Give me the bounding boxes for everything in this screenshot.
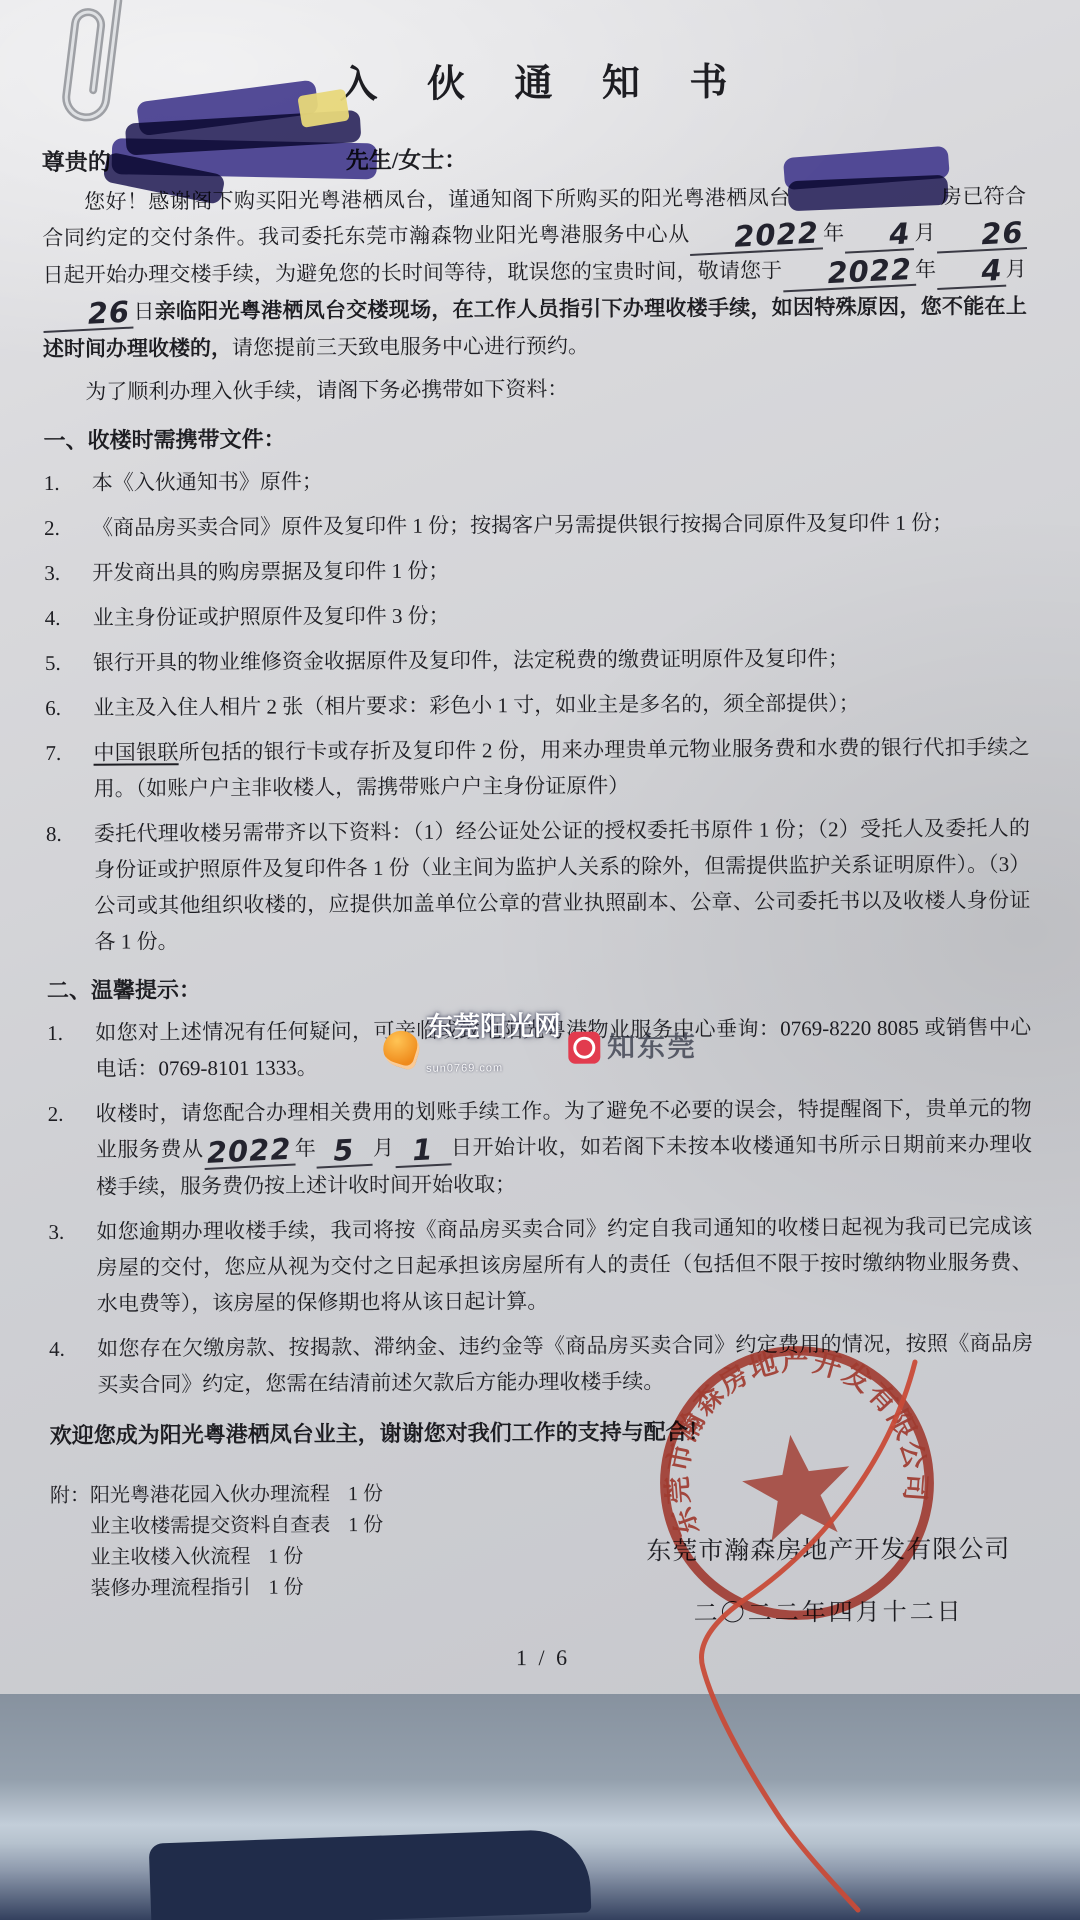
section2-heading: 二、温馨提示： [47,968,1031,1005]
intro-text: 日起开始办理交楼手续，为避免您的长时间等待，耽误您的宝贵时间，敬请您于 [42,258,782,287]
watermark-host: 亲临或致电阳光粤东莞阳光网sun0769.com知东莞 [395,1018,566,1043]
redacted-unit-number [790,192,940,205]
item-text: 本《入伙通知书》原件； [92,459,1028,501]
ring-glyph [573,1037,595,1059]
list-item: 2.《商品房买卖合同》原件及复印件 1 份；按揭客户另需提供银行按揭合同原件及复… [44,504,1028,546]
item-text: 开发商出具的购房票据及复印件 1 份； [92,549,1028,591]
company-name: 东莞市瀚森房地产开发有限公司 [646,1529,1010,1567]
item-text: 所包括的银行卡或存折及复印件 2 份，用来办理贵单元物业服务费和水费的银行代扣手… [94,735,1030,801]
zhidongguan-badge-icon [568,1032,600,1064]
dark-object [149,1828,592,1920]
list-item: 5.银行开具的物业维修资金收据原件及复印件，法定税费的缴费证明原件及复印件； [45,639,1029,681]
attachment-label: 附： [50,1481,91,1605]
item-text: 如您对上述情况有任何疑问，可 [95,1019,395,1045]
item-number: 4. [49,1331,97,1403]
item-number: 2. [44,510,92,546]
attachment-item: 业主收楼入伙流程1 份 [90,1541,383,1574]
redaction-scribble [788,175,949,212]
month-label: 月 [372,1136,394,1160]
watermark-badge-text: 知东莞 [607,1029,697,1066]
attachment-qty: 1 份 [348,1514,383,1536]
item-number: 8. [46,816,95,960]
list-item: 3.如您逾期办理收楼手续，我司将按《商品房买卖合同》约定自我司通知的收楼日起视为… [48,1208,1033,1322]
item-text: 如您存在欠缴房款、按揭款、滞纳金、违约金等《商品房买卖合同》约定费用的情况，按照… [97,1325,1033,1403]
list-item: 3.开发商出具的购房票据及复印件 1 份； [44,549,1028,591]
section1-heading: 一、收楼时需携带文件： [43,418,1027,455]
watermark-site: 东莞阳光网sun0769.com [426,1010,561,1087]
handwritten-year: 2022 [689,220,823,256]
intro-text: 请您提前三天致电服务中心进行预约。 [232,334,589,360]
underlined-term: 中国银联 [93,740,178,765]
list-item: 8.委托代理收楼另需带齐以下资料：（1）经公证处公证的授权委托书原件 1 份；（… [46,810,1031,960]
list-item: 6.业主及入住人相片 2 张（相片要求：彩色小 1 寸，如业主是多名的，须全部提… [45,684,1029,726]
document-paper: 入 伙 通 知 书 尊贵的先生/女士： 您好！感谢阁下购买阳光粤港栖凤台，谨通知… [0,0,1080,1694]
item-text: 银行开具的物业维修资金收据原件及复印件，法定税费的缴费证明原件及复印件； [93,639,1029,681]
item-number: 5. [45,645,93,681]
item-number: 1. [47,1015,95,1087]
handwritten-day: 26 [935,220,1027,253]
year-label: 年 [915,258,936,282]
list-item: 1.本《入伙通知书》原件； [44,459,1028,501]
item-number: 4. [45,600,93,636]
item-number: 7. [45,735,93,807]
month-label: 月 [1005,257,1026,281]
handwritten-month: 4 [936,258,1007,290]
prep-line: 为了顺利办理入伙手续，请阁下务必携带如下资料： [43,368,1027,410]
item-text: 业主及入住人相片 2 张（相片要求：彩色小 1 寸，如业主是多名的，须全部提供）… [93,684,1029,726]
attachment-name: 业主收楼需提交资料自查表 [90,1514,330,1537]
item-text: 业主身份证或护照原件及复印件 3 份； [93,594,1029,636]
attachment-name: 装修办理流程指引 [91,1577,251,1600]
handwritten-month: 4 [844,221,915,253]
list-item: 2. 收楼时，请您配合办理相关费用的划账手续工作。为了避免不必要的误会，特提醒阁… [48,1090,1033,1205]
sun0769-logo-icon [378,1026,423,1071]
watermark-site-name: 东莞阳光网 [426,1011,561,1042]
page-number: 1 / 6 [51,1642,1035,1674]
item-text: 中国银联所包括的银行卡或存折及复印件 2 份，用来办理贵单元物业服务费和水费的银… [93,729,1029,807]
item-number: 1. [44,465,92,501]
attachment-list: 阳光粤港花园入伙办理流程1 份 业主收楼需提交资料自查表1 份 业主收楼入伙流程… [90,1479,384,1605]
signature-date: 二〇二二年四月十二日 [647,1591,1011,1628]
attachment-qty: 1 份 [268,1545,303,1567]
handwritten-year: 2022 [782,257,916,293]
item-text: 如您对上述情况有任何疑问，可亲临或致电阳光粤东莞阳光网sun0769.com知东… [95,1009,1031,1087]
closing-line: 欢迎您成为阳光粤港栖凤台业主，谢谢您对我们工作的支持与配合！ [50,1411,1034,1455]
salutation-prefix: 尊贵的 [42,150,111,175]
handwritten-day: 26 [42,300,134,333]
attachment-qty: 1 份 [348,1483,383,1505]
attachment-name: 业主收楼入伙流程 [90,1546,250,1569]
intro-text: 日 [133,299,155,323]
item-number: 6. [45,690,93,726]
item-text: 如您逾期办理收楼手续，我司将按《商品房买卖合同》约定自我司通知的收楼日起视为我司… [96,1208,1033,1322]
attachment-item: 业主收楼需提交资料自查表1 份 [90,1510,383,1543]
photo-watermark: 东莞阳光网sun0769.com知东莞 [383,1009,697,1087]
footer-row: 附： 阳光粤港花园入伙办理流程1 份 业主收楼需提交资料自查表1 份 业主收楼入… [50,1475,1035,1632]
item-number: 3. [44,555,92,591]
year-label: 年 [822,221,844,245]
handwritten-day: 1 [394,1136,451,1168]
watermark-site-url: sun0769.com [426,1062,503,1074]
item-text: 委托代理收楼另需带齐以下资料：（1）经公证处公证的授权委托书原件 1 份；（2）… [94,810,1031,960]
item-number: 2. [48,1096,97,1205]
item-number: 3. [48,1214,97,1322]
year-label: 年 [294,1136,316,1160]
list-item: 1. 如您对上述情况有任何疑问，可亲临或致电阳光粤东莞阳光网sun0769.co… [47,1009,1031,1087]
list-item: 4.如您存在欠缴房款、按揭款、滞纳金、违约金等《商品房买卖合同》约定费用的情况，… [49,1325,1033,1403]
intro-paragraph: 您好！感谢阁下购买阳光粤港栖凤台，谨通知阁下所购买的阳光粤港栖凤台房已符合合同约… [42,178,1027,368]
signature-block: 东莞市瀚森房地产开发有限公司 二〇二二年四月十二日 [646,1529,1011,1628]
attachment-name: 阳光粤港花园入伙办理流程 [90,1483,330,1506]
list-item: 7.中国银联所包括的银行卡或存折及复印件 2 份，用来办理贵单元物业服务费和水费… [45,729,1029,807]
handwritten-year: 2022 [203,1137,295,1170]
item-text: 《商品房买卖合同》原件及复印件 1 份；按揭客户另需提供银行按揭合同原件及复印件… [92,504,1028,546]
handwritten-month: 5 [316,1137,373,1169]
attachment-item: 装修办理流程指引1 份 [91,1572,384,1605]
attachment-block: 附： 阳光粤港花园入伙办理流程1 份 业主收楼需提交资料自查表1 份 业主收楼入… [50,1479,384,1605]
month-label: 月 [914,221,936,245]
attachment-item: 阳光粤港花园入伙办理流程1 份 [90,1479,383,1512]
document-content: 入 伙 通 知 书 尊贵的先生/女士： 您好！感谢阁下购买阳光粤港栖凤台，谨通知… [41,0,1035,1674]
item-text: 收楼时，请您配合办理相关费用的划账手续工作。为了避免不必要的误会，特提醒阁下，贵… [96,1090,1033,1205]
attachment-qty: 1 份 [269,1576,304,1598]
list-item: 4.业主身份证或护照原件及复印件 3 份； [45,594,1029,636]
